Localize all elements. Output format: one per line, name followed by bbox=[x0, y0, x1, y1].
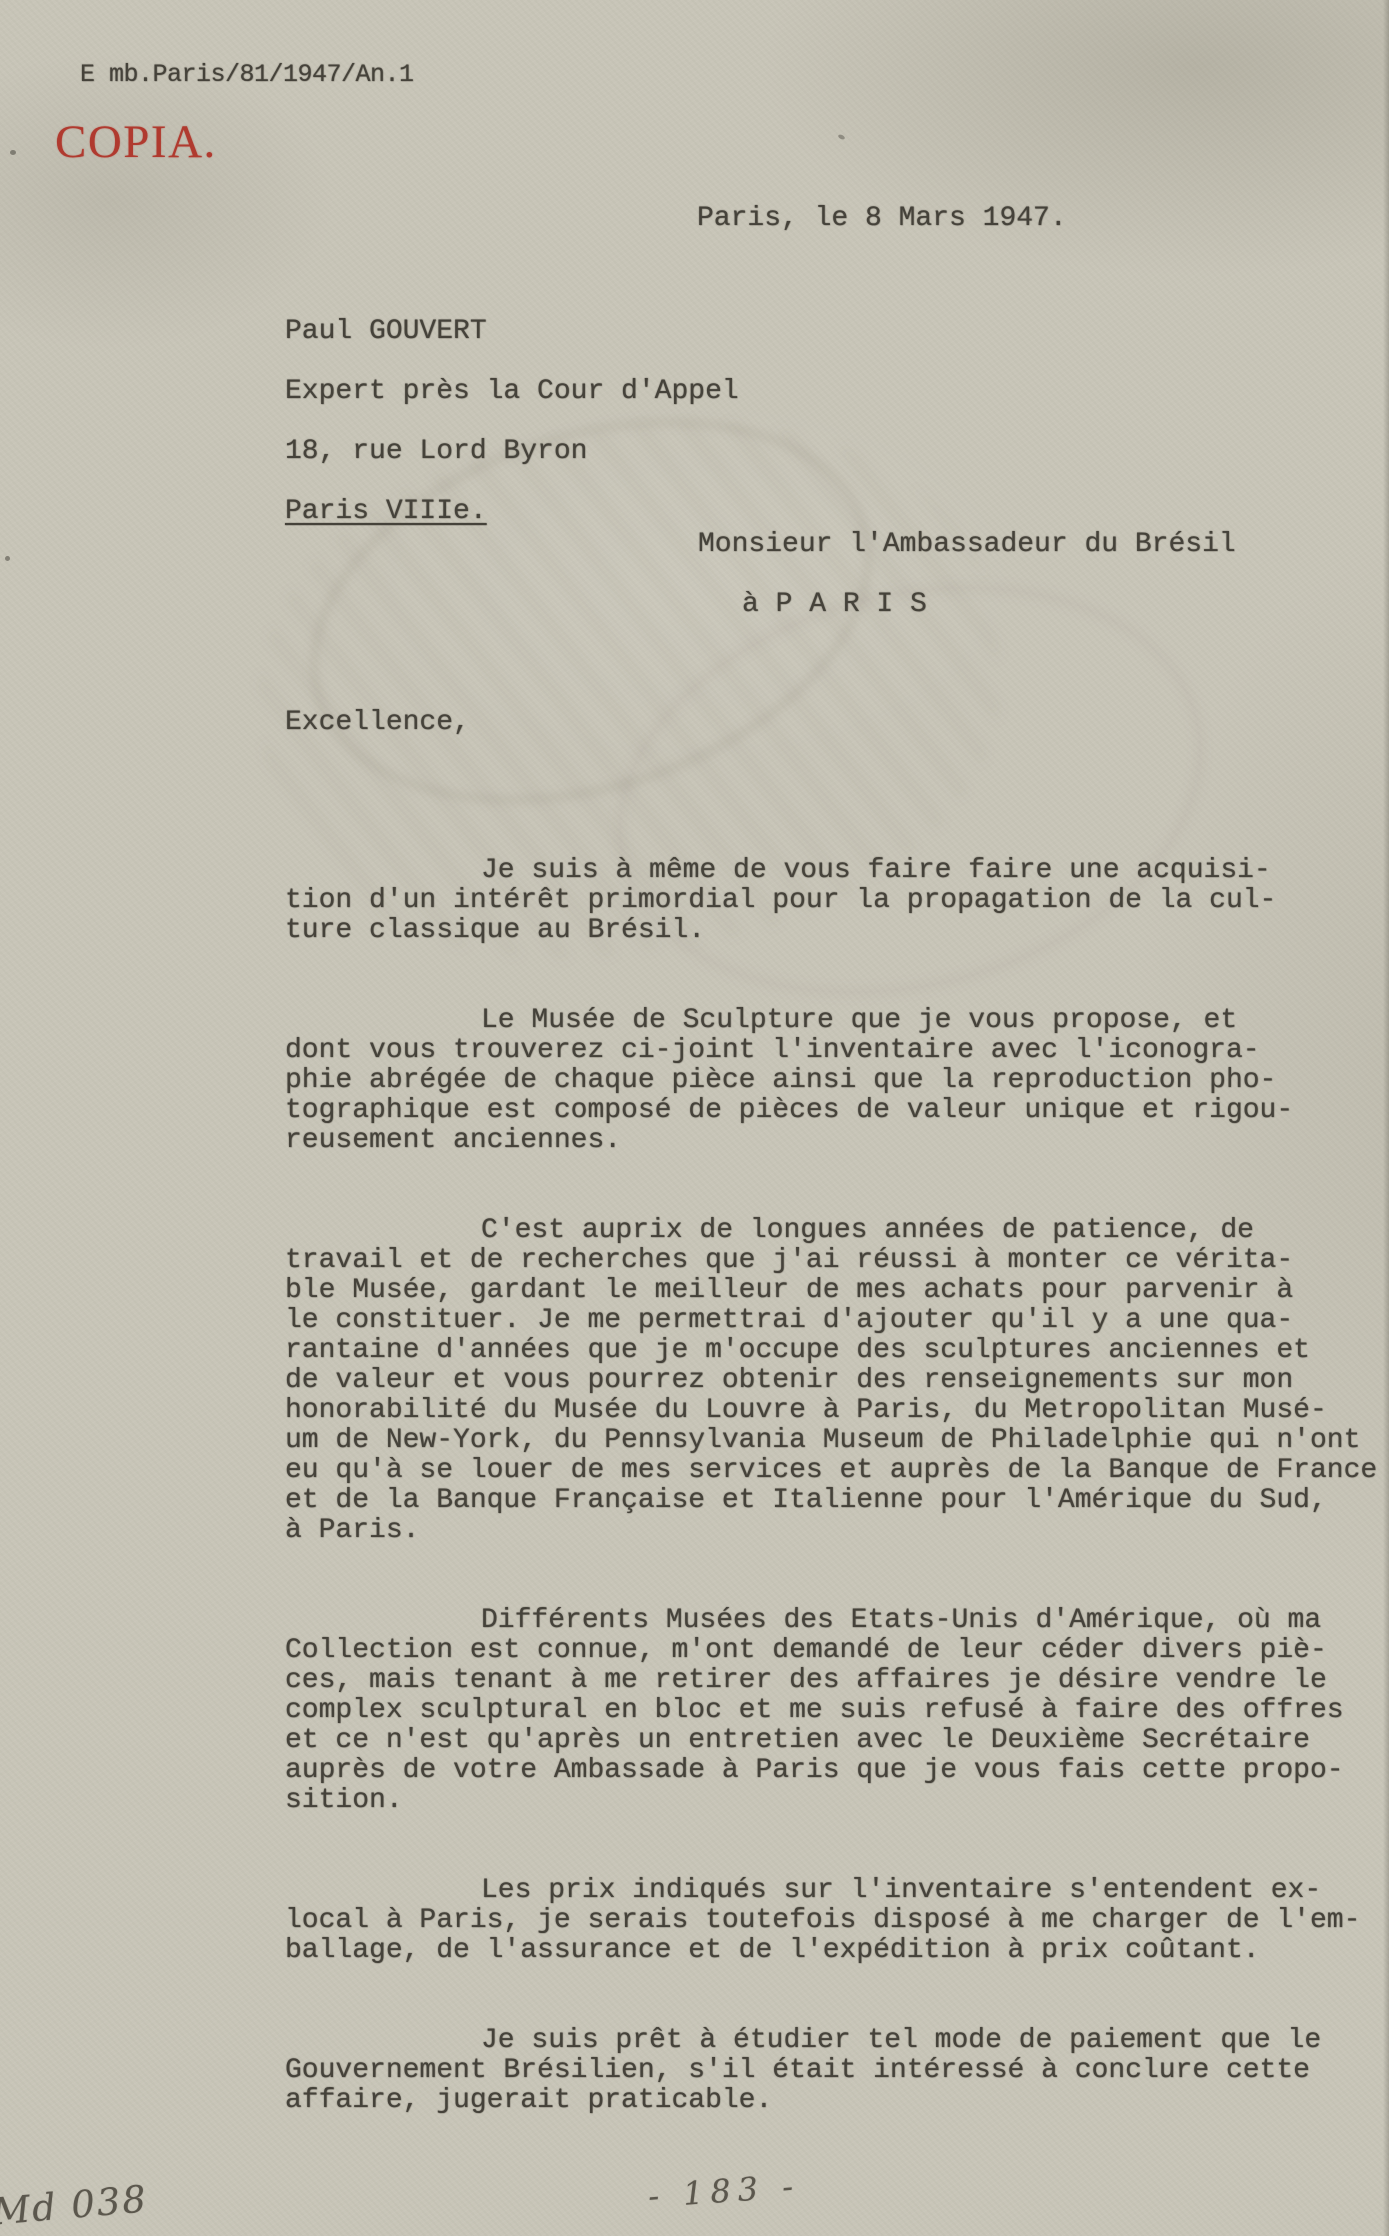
recipient-line2: à P A R I S bbox=[698, 590, 1236, 620]
paragraph-2: Le Musée de Sculpture que je vous propos… bbox=[285, 1006, 1389, 1156]
paragraph-1: Je suis à même de vous faire faire une a… bbox=[285, 856, 1389, 946]
recipient-line1: Monsieur l'Ambassadeur du Brésil bbox=[698, 530, 1236, 560]
dateline: Paris, le 8 Mars 1947. bbox=[697, 204, 1067, 234]
scanned-letter-page: E mb.Paris/81/1947/An.1 COPIA. Paris, le… bbox=[0, 0, 1389, 2236]
paragraph-5: Les prix indiqués sur l'inventaire s'ent… bbox=[285, 1876, 1389, 1966]
paper-speck bbox=[5, 556, 10, 561]
paper-speck bbox=[837, 134, 845, 141]
reference-number: E mb.Paris/81/1947/An.1 bbox=[80, 60, 414, 90]
sender-title: Expert près la Cour d'Appel bbox=[285, 377, 739, 407]
letter-body: Excellence, Je suis à même de vous faire… bbox=[285, 678, 1389, 2176]
sender-street: 18, rue Lord Byron bbox=[285, 437, 739, 467]
paper-speck bbox=[10, 150, 16, 155]
sender-city: Paris VIIIe. bbox=[285, 497, 739, 527]
salutation: Excellence, bbox=[285, 708, 1389, 738]
paragraph-6: Je suis prêt à étudier tel mode de paiem… bbox=[285, 2026, 1389, 2116]
copia-stamp: COPIA. bbox=[55, 118, 217, 166]
handwritten-archive-code: Md 038 bbox=[0, 2177, 150, 2233]
paragraph-3: C'est auprix de longues années de patien… bbox=[285, 1216, 1389, 1546]
recipient-block: Monsieur l'Ambassadeur du Brésil à P A R… bbox=[698, 500, 1236, 650]
sender-name: Paul GOUVERT bbox=[285, 317, 739, 347]
sender-address-block: Paul GOUVERT Expert près la Cour d'Appel… bbox=[285, 287, 739, 557]
paragraph-4: Différents Musées des Etats-Unis d'Améri… bbox=[285, 1606, 1389, 1816]
